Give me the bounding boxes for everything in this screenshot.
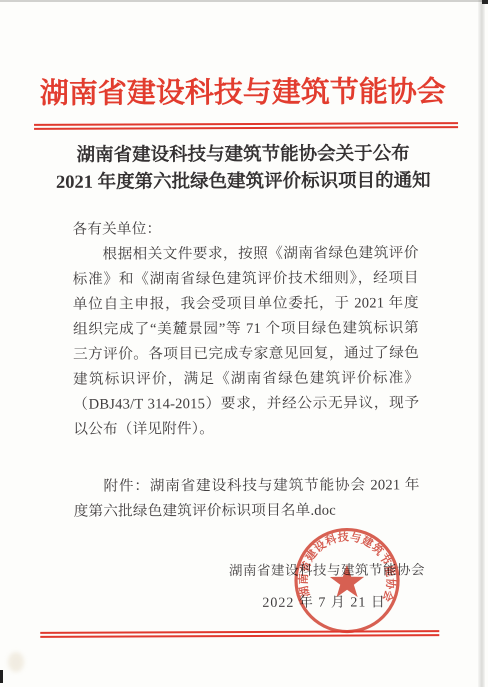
official-seal: 湖南省建设科技与建筑节能协会 <box>291 525 403 635</box>
footer-rule <box>40 630 439 638</box>
paper-smudge <box>8 652 24 672</box>
letterhead-divider-rule <box>34 122 458 130</box>
seal-star-icon <box>330 564 364 597</box>
notice-title-line-1: 湖南省建设科技与建筑节能协会关于公布 <box>23 141 463 170</box>
notice-title: 湖南省建设科技与建筑节能协会关于公布 2021 年度第六批绿色建筑评价标识项目的… <box>23 141 463 197</box>
attachment-line: 附件：湖南省建设科技与建筑节能协会 2021 年度第六批绿色建筑评价标识项目名单… <box>74 473 420 525</box>
document-content: 湖南省建设科技与建筑节能协会 湖南省建设科技与建筑节能协会关于公布 2021 年… <box>0 0 488 687</box>
salutation: 各有关单位： <box>72 216 418 243</box>
letterhead-title: 湖南省建设科技与建筑节能协会 <box>0 69 487 112</box>
notice-body: 各有关单位： 根据相关文件要求，按照《湖南省绿色建筑评价标准》和《湖南省绿色建筑… <box>72 216 419 525</box>
corner-mark-top-right <box>482 0 488 4</box>
paper-right-edge-shadow <box>478 0 485 687</box>
notice-title-line-2: 2021 年度第六批绿色建筑评价标识项目的通知 <box>23 168 463 197</box>
scan-top-edge <box>0 0 488 2</box>
scanned-notice-page: 湖南省建设科技与建筑节能协会 湖南省建设科技与建筑节能协会关于公布 2021 年… <box>0 0 488 687</box>
body-paragraph: 根据相关文件要求，按照《湖南省绿色建筑评价标准》和《湖南省绿色建筑评价技术细则》… <box>73 241 420 443</box>
corner-mark-bottom-left <box>0 670 3 683</box>
